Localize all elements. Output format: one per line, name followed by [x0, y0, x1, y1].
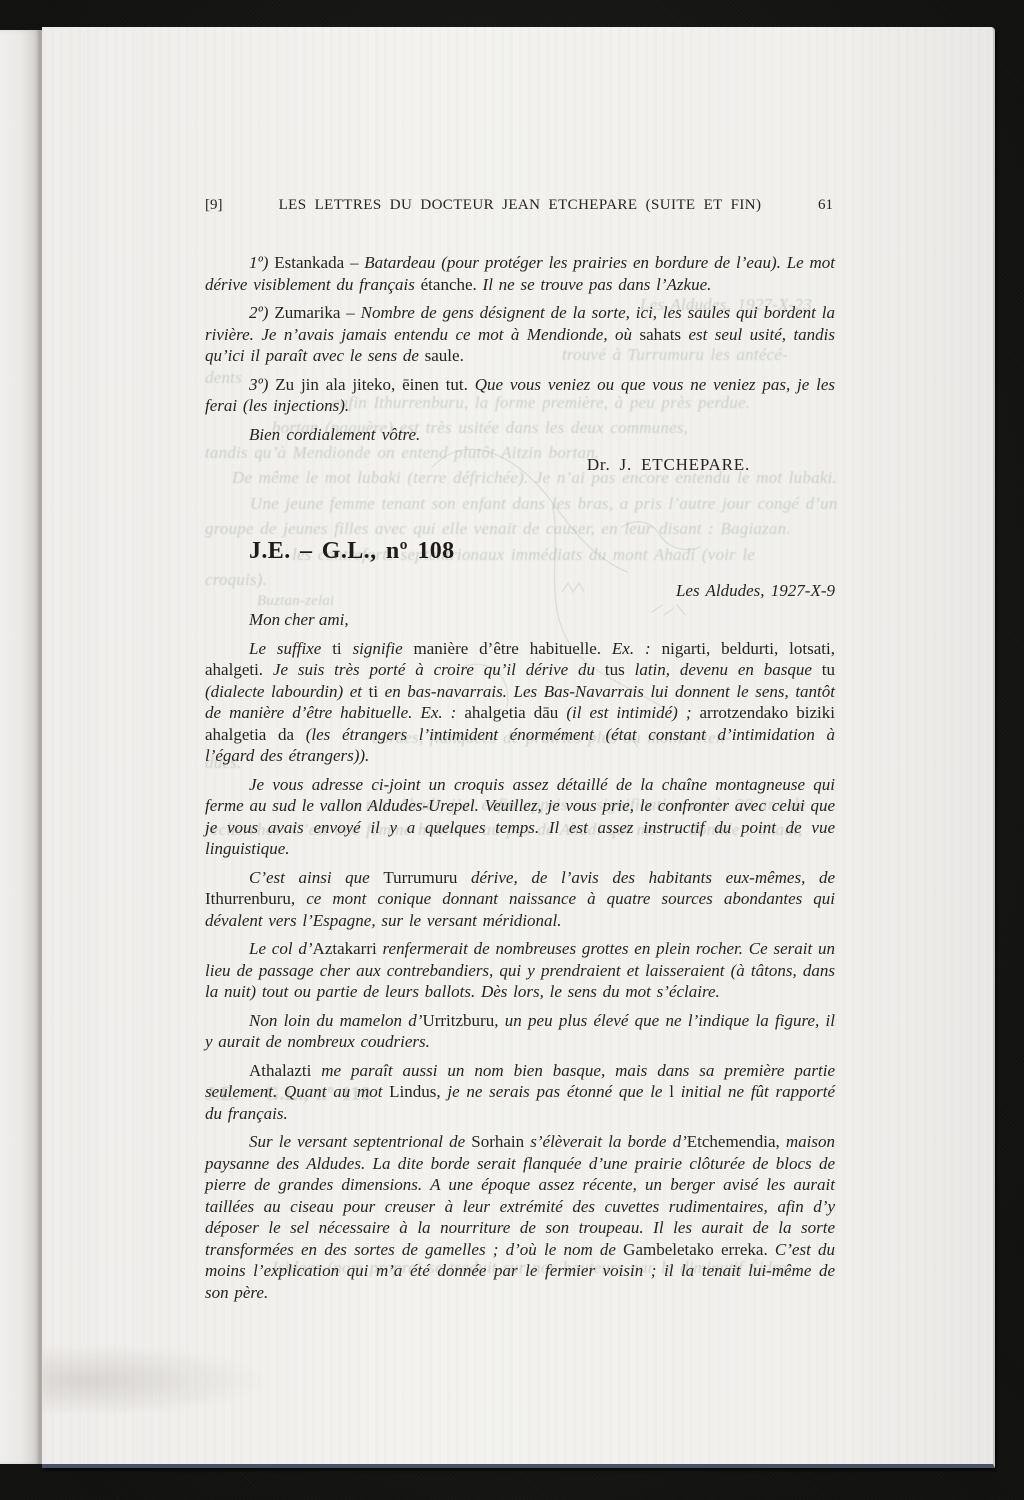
- letter-108-paragraph-3: C’est ainsi que Turrumuru dérive, de l’a…: [205, 867, 835, 932]
- letter-body: 1º) Estankada – Batardeau (pour protéger…: [205, 252, 835, 1303]
- letter-108-paragraph-6: Athalazti me paraît aussi un nom bien ba…: [205, 1060, 835, 1125]
- page-number: 61: [818, 194, 833, 216]
- letter-108-greeting: Mon cher ami,: [205, 609, 835, 631]
- letter-108-paragraph-4: Le col d’Aztakarri renfermerait de nombr…: [205, 938, 835, 1003]
- letter-108-paragraph-1: Le suffixe ti signifie manière d’être ha…: [205, 638, 835, 767]
- letter-108-paragraph-2: Je vous adresse ci-joint un croquis asse…: [205, 774, 835, 860]
- letter-paragraph-2: 2º) Zumarika – Nombre de gens désignent …: [205, 302, 835, 367]
- book-page: Les Aldudes, 1927-X-23trouvé à Turrumuru…: [42, 27, 995, 1468]
- letter-salutation: Bien cordialement vôtre.: [205, 424, 835, 446]
- letter-108-dateline: Les Aldudes, 1927-X-9: [205, 580, 835, 602]
- letter-paragraph-3: 3º) Zu jin ala jiteko, ēinen tut. Que vo…: [205, 374, 835, 417]
- letter-paragraph-1: 1º) Estankada – Batardeau (pour protéger…: [205, 252, 835, 295]
- page-content: [9] LES LETTRES DU DOCTEUR JEAN ETCHEPAR…: [205, 27, 835, 1310]
- scanner-background: { "header": { "bracket_number": "[9]", "…: [0, 0, 1024, 1500]
- letter-108-paragraph-7: Sur le versant septentrional de Sorhain …: [205, 1131, 835, 1303]
- running-header: [9] LES LETTRES DU DOCTEUR JEAN ETCHEPAR…: [205, 194, 835, 216]
- running-header-title: LES LETTRES DU DOCTEUR JEAN ETCHEPARE (S…: [279, 194, 762, 216]
- letter-108-paragraph-5: Non loin du mamelon d’Urritzburu, un peu…: [205, 1010, 835, 1053]
- running-header-section-number: [9]: [205, 194, 223, 216]
- letter-108-heading: J.E. – G.L., nº 108: [249, 536, 835, 566]
- facing-page-edge: [0, 30, 42, 1464]
- letter-signature: Dr. J. ETCHEPARE.: [205, 454, 750, 476]
